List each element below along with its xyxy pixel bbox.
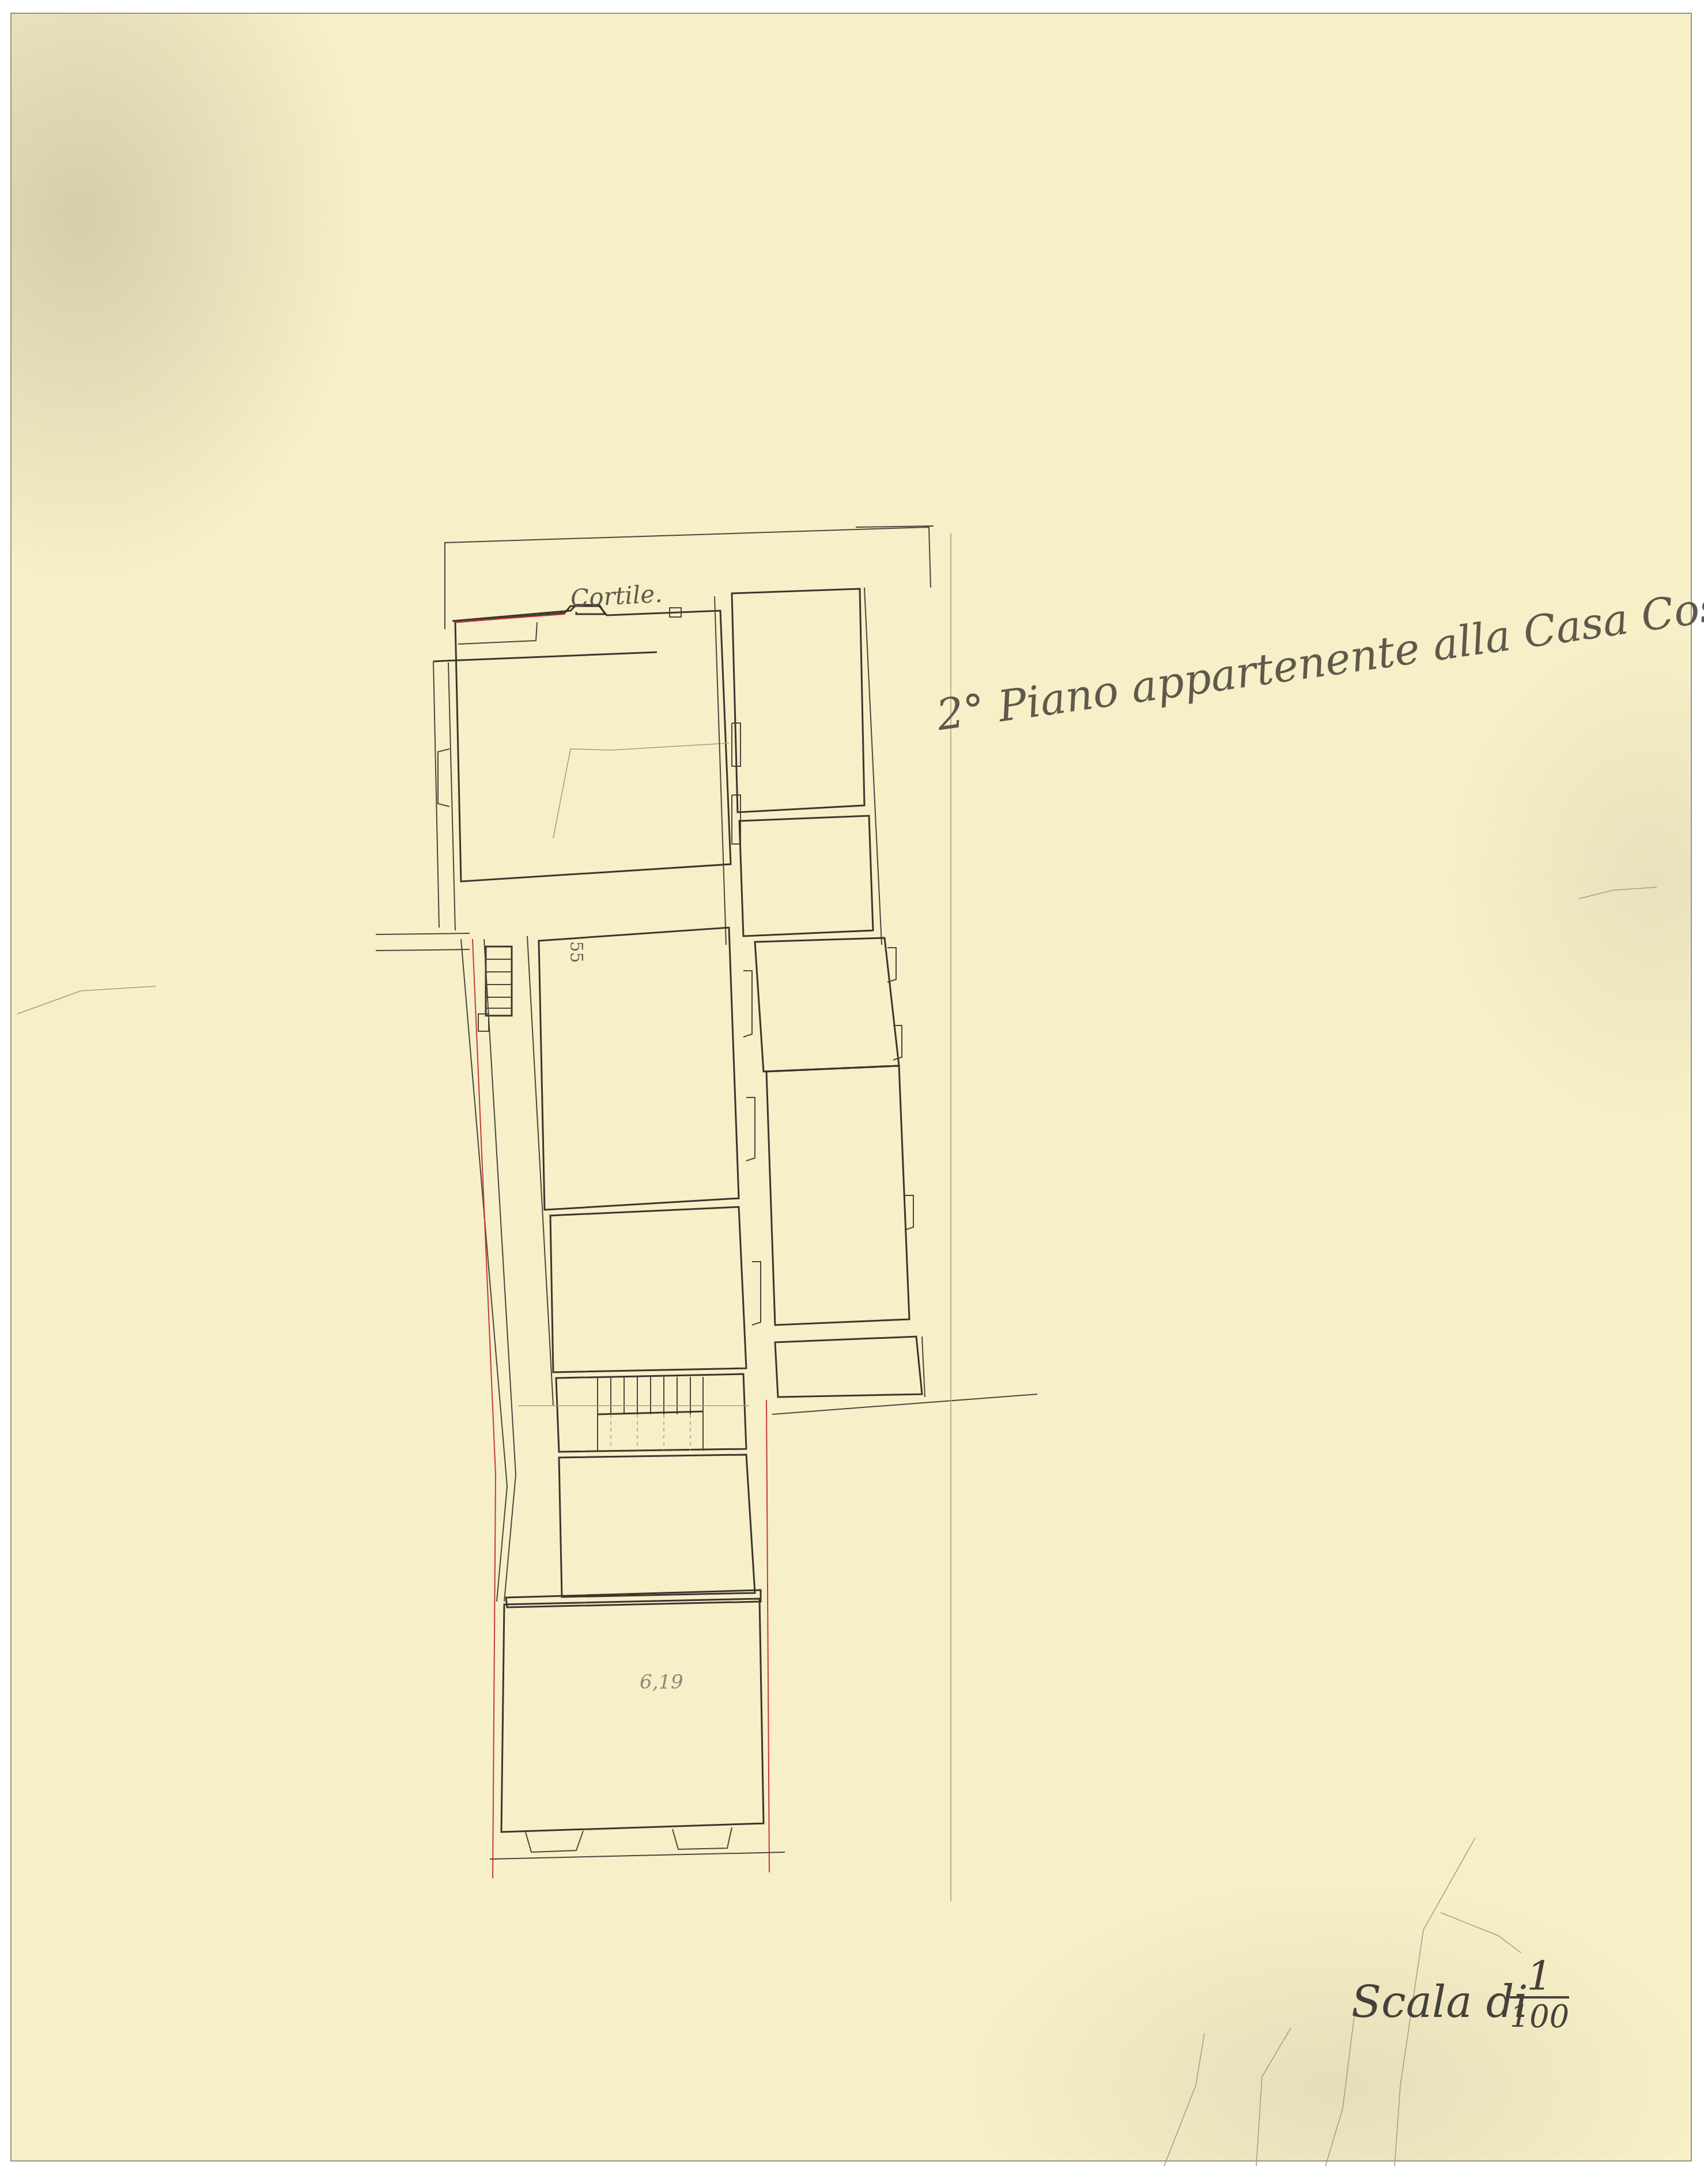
floor-plan-drawing — [0, 0, 1704, 2184]
scale-numerator: 1 — [1510, 1956, 1569, 1998]
room-dimension-note: 6,19 — [640, 1671, 683, 1694]
main-staircase — [556, 1374, 746, 1452]
stair-west-small — [478, 947, 512, 1031]
room-central-3 — [559, 1455, 755, 1597]
stair-mark: 55 — [566, 941, 586, 963]
east-rooms-lower — [743, 938, 1037, 1414]
paper-creases — [17, 887, 1657, 2166]
scale-fraction: 1 100 — [1510, 1956, 1569, 2035]
main-room-north — [438, 605, 740, 881]
construction-lines — [519, 533, 951, 1901]
scale-denominator: 100 — [1510, 1998, 1569, 2035]
west-corridor — [461, 939, 769, 1878]
scale-label: Scala di — [1351, 1976, 1528, 2027]
outer-walls — [376, 652, 657, 951]
central-rooms — [527, 928, 746, 1406]
room-south-large — [490, 1590, 785, 1859]
courtyard-label: Cortile. — [570, 580, 663, 612]
